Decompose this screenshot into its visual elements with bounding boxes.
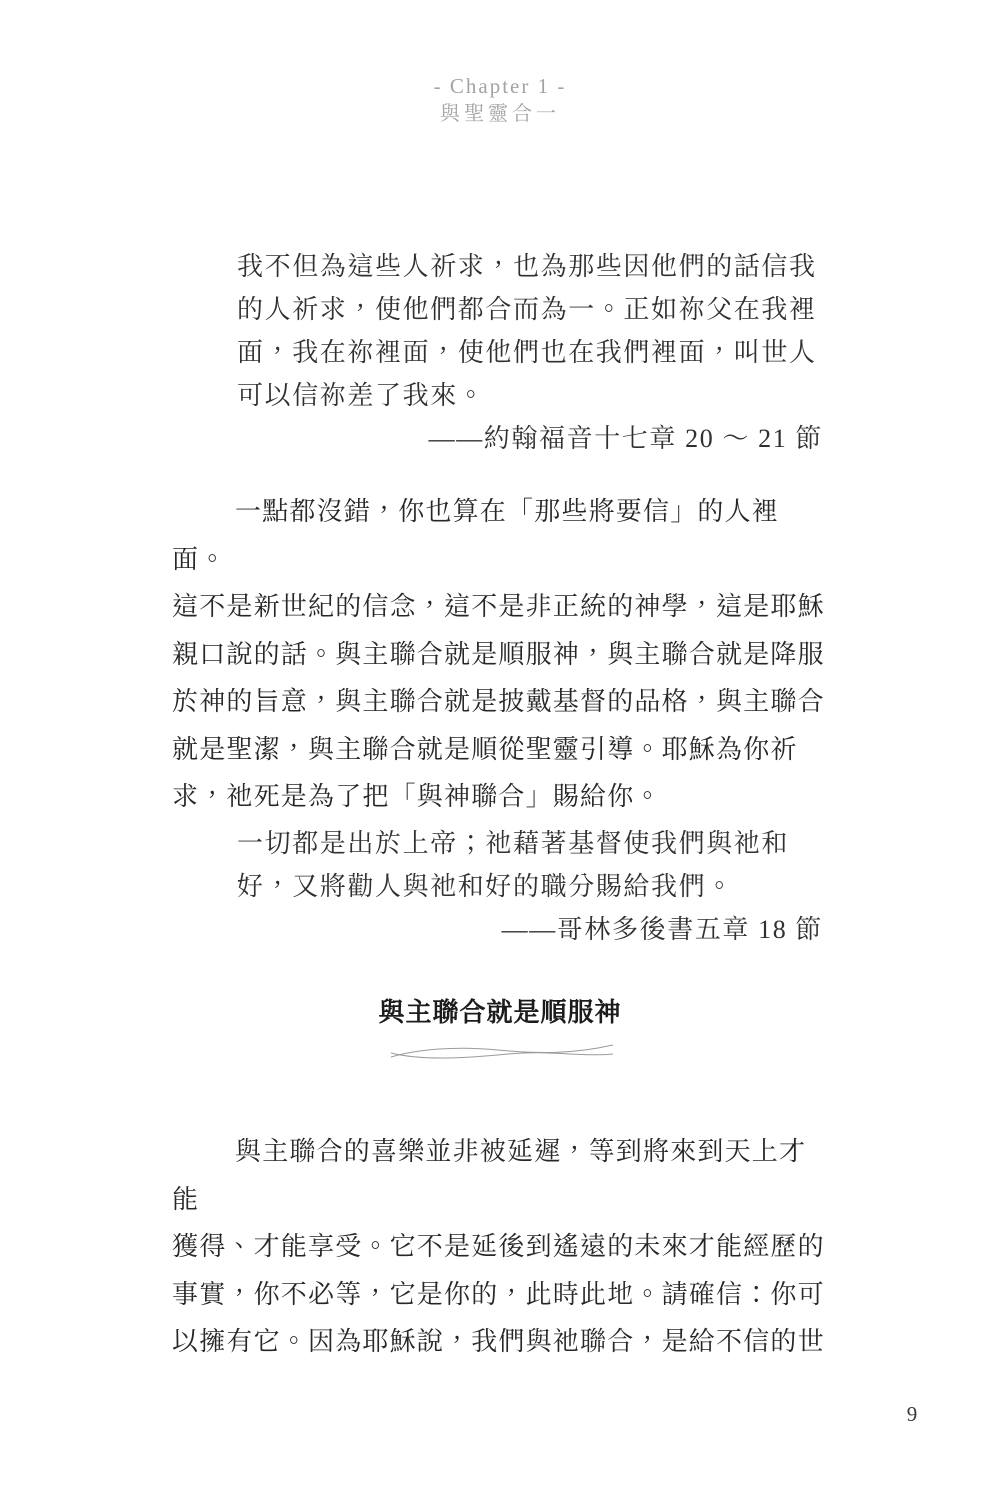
text-line: 的人祈求，使他們都合而為一。正如祢父在我裡 — [237, 288, 823, 331]
chapter-header: - Chapter 1 - 與聖靈合一 — [0, 74, 1000, 126]
scripture-quote-corinthians: 一切都是出於上帝；祂藉著基督使我們與祂和好，又將勸人與祂和好的職分賜給我們。 —… — [237, 822, 823, 951]
book-page: - Chapter 1 - 與聖靈合一 我不但為這些人祈求，也為那些因他們的話信… — [0, 0, 1000, 1503]
text-line: 這不是新世紀的信念，這不是非正統的神學，這是耶穌 — [172, 583, 830, 631]
scripture-quote-corinthians-attribution: ——哥林多後書五章 18 節 — [237, 908, 823, 951]
text-line: 就是聖潔，與主聯合就是順從聖靈引導。耶穌為你祈 — [172, 726, 830, 774]
page-number: 9 — [900, 1402, 924, 1427]
section-heading: 與主聯合就是順服神 — [0, 996, 1000, 1028]
text-line: 面，我在祢裡面，使他們也在我們裡面，叫世人 — [237, 331, 823, 374]
text-line: 好，又將勸人與祂和好的職分賜給我們。 — [237, 865, 823, 908]
text-line: 以擁有它。因為耶穌說，我們與祂聯合，是給不信的世 — [172, 1318, 830, 1366]
body-paragraph-1: 一點都沒錯，你也算在「那些將要信」的人裡面。這不是新世紀的信念，這不是非正統的神… — [172, 488, 830, 821]
chapter-label: - Chapter 1 - — [0, 74, 1000, 98]
scripture-quote-john-attribution: ——約翰福音十七章 20 ～ 21 節 — [237, 417, 823, 460]
text-line: 獲得、才能享受。它不是延後到遙遠的未來才能經歷的 — [172, 1223, 830, 1271]
scripture-quote-corinthians-text: 一切都是出於上帝；祂藉著基督使我們與祂和好，又將勸人與祂和好的職分賜給我們。 — [237, 822, 823, 908]
text-line: 一點都沒錯，你也算在「那些將要信」的人裡面。 — [172, 488, 830, 583]
scripture-quote-john: 我不但為這些人祈求，也為那些因他們的話信我的人祈求，使他們都合而為一。正如祢父在… — [237, 245, 823, 460]
body-paragraph-2: 與主聯合的喜樂並非被延遲，等到將來到天上才能獲得、才能享受。它不是延後到遙遠的未… — [172, 1128, 830, 1366]
text-line: 我不但為這些人祈求，也為那些因他們的話信我 — [237, 245, 823, 288]
text-line: 於神的旨意，與主聯合就是披戴基督的品格，與主聯合 — [172, 678, 830, 726]
text-line: 一切都是出於上帝；祂藉著基督使我們與祂和 — [237, 822, 823, 865]
text-line: 求，祂死是為了把「與神聯合」賜給你。 — [172, 773, 830, 821]
text-line: 親口說的話。與主聯合就是順服神，與主聯合就是降服 — [172, 631, 830, 679]
chapter-title: 與聖靈合一 — [0, 102, 1000, 126]
decorative-squiggle — [388, 1040, 616, 1066]
text-line: 與主聯合的喜樂並非被延遲，等到將來到天上才能 — [172, 1128, 830, 1223]
text-line: 可以信祢差了我來。 — [237, 374, 823, 417]
text-line: 事實，你不必等，它是你的，此時此地。請確信：你可 — [172, 1271, 830, 1319]
scripture-quote-john-text: 我不但為這些人祈求，也為那些因他們的話信我的人祈求，使他們都合而為一。正如祢父在… — [237, 245, 823, 417]
